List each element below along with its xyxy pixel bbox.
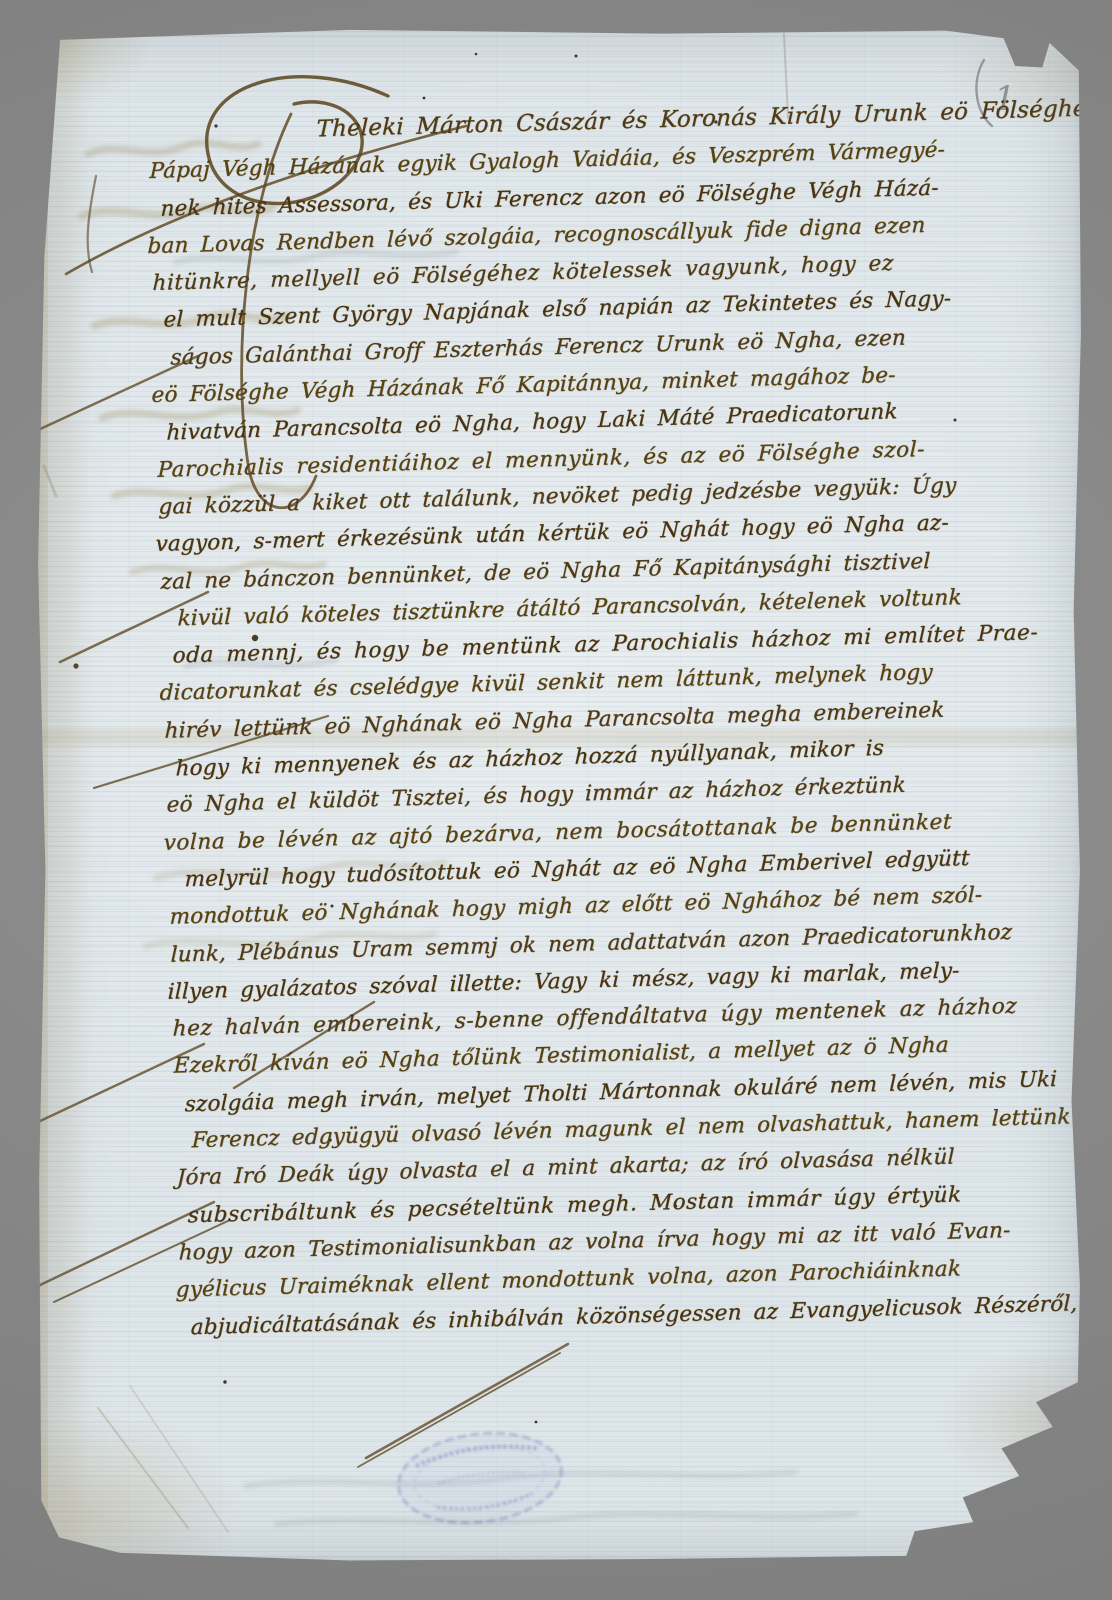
manuscript-text-block: Theleki Márton Császár és Koronás Király… <box>148 91 1093 1346</box>
manuscript-sheet: 1 Theleki Márton Császár és Koronás Kirá… <box>36 26 1082 1562</box>
photo-backdrop: 1 Theleki Márton Császár és Koronás Kirá… <box>0 0 1112 1600</box>
archive-stamp <box>393 1424 567 1531</box>
